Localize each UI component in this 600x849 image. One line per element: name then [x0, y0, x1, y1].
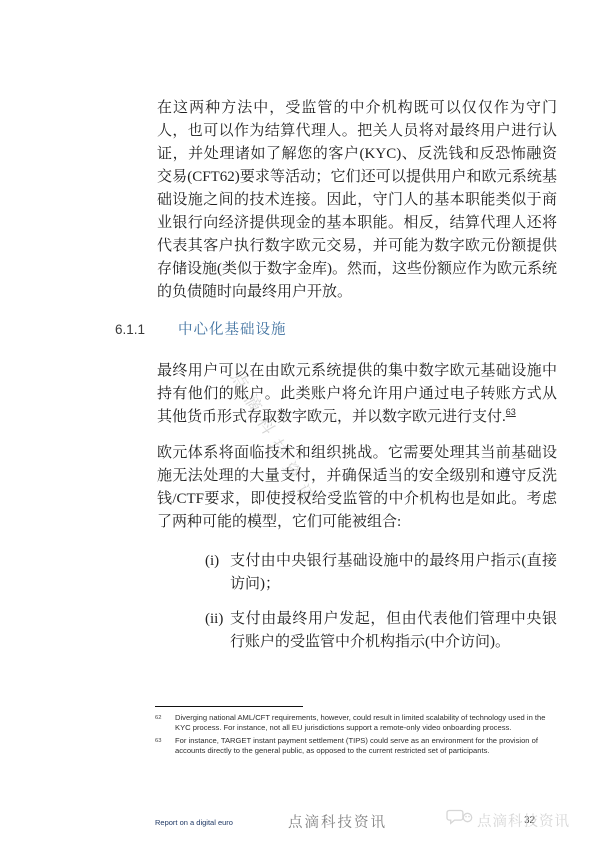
- list-item-text: 支付由中央银行基础设施中的最终用户指示(直接访问)；: [230, 550, 557, 596]
- list-marker: (i): [205, 550, 230, 596]
- site-name: 点滴科技资讯: [288, 811, 387, 832]
- footnote-text: For instance, TARGET instant payment set…: [175, 736, 547, 755]
- report-title: Report on a digital euro: [155, 818, 233, 827]
- paragraph-eurosystem-challenges: 欧元体系将面临技术和组织挑战。它需要处理其当前基础设施无法处理的大量支付，并确保…: [157, 442, 557, 534]
- paragraph-centralised-accounts: 最终用户可以在由欧元系统提供的集中数字欧元基础设施中持有他们的账户。此类账户将允…: [157, 360, 557, 429]
- footer-watermark-text: 点滴科技资讯: [477, 810, 570, 831]
- main-content: 在这两种方法中，受监管的中介机构既可以仅仅作为守门人，也可以作为结算代理人。把关…: [157, 97, 557, 654]
- list-marker: (ii): [205, 608, 230, 654]
- paragraph-centralised-accounts-text: 最终用户可以在由欧元系统提供的集中数字欧元基础设施中持有他们的账户。此类账户将允…: [157, 363, 557, 425]
- list-item: (i) 支付由中央银行基础设施中的最终用户指示(直接访问)；: [157, 550, 557, 596]
- footnote-number: 63: [155, 736, 175, 755]
- list-item-text: 支付由最终用户发起，但由代表他们管理中央银行账户的受监管中介机构指示(中介访问)…: [230, 608, 557, 654]
- page-footer: Report on a digital euro 点滴科技资讯 32 点滴科技资…: [0, 804, 600, 849]
- document-page: 点滴科技资讯 在这两种方法中，受监管的中介机构既可以仅仅作为守门人，也可以作为结…: [0, 0, 600, 849]
- footnote-separator-rule: [155, 706, 303, 707]
- footnote-item: 63 For instance, TARGET instant payment …: [155, 736, 547, 755]
- chat-bubbles-icon: [446, 808, 473, 833]
- section-number: 6.1.1: [115, 322, 178, 337]
- section-heading-6-1-1: 6.1.1 中心化基础设施: [115, 318, 557, 339]
- footnote-item: 62 Diverging national AML/CFT requiremen…: [155, 713, 547, 732]
- footnote-number: 62: [155, 713, 175, 732]
- section-title: 中心化基础设施: [178, 318, 287, 339]
- footnote-ref-63-link[interactable]: 63: [506, 407, 516, 417]
- footnote-text: Diverging national AML/CFT requirements,…: [175, 713, 547, 732]
- paragraph-intermediaries: 在这两种方法中，受监管的中介机构既可以仅仅作为守门人，也可以作为结算代理人。把关…: [157, 97, 557, 304]
- footnotes-section: 62 Diverging national AML/CFT requiremen…: [155, 706, 547, 759]
- access-models-list: (i) 支付由中央银行基础设施中的最终用户指示(直接访问)； (ii) 支付由最…: [157, 550, 557, 654]
- list-item: (ii) 支付由最终用户发起，但由代表他们管理中央银行账户的受监管中介机构指示(…: [157, 608, 557, 654]
- footer-right-watermark: 点滴科技资讯: [446, 808, 570, 833]
